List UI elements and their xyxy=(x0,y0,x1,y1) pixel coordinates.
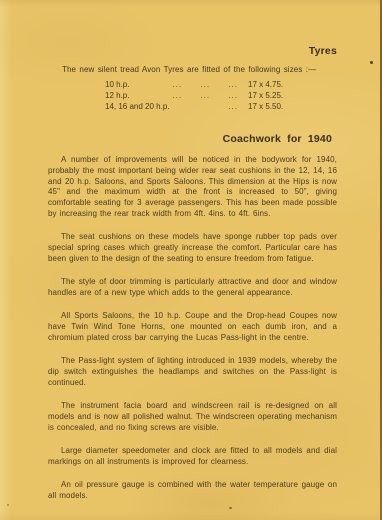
tyres-intro-line: The new silent tread Avon Tyres are fitt… xyxy=(62,65,337,74)
page-content: Tyres The new silent tread Avon Tyres ar… xyxy=(48,0,337,514)
table-row: 12 h.p. ... ... ... 17 x 5.25. xyxy=(105,90,310,101)
paper-speck xyxy=(229,507,232,509)
paper-speck xyxy=(370,61,373,64)
tyre-model-cell: 12 h.p. xyxy=(105,90,129,101)
coachwork-heading: Coachwork for 1940 xyxy=(48,133,332,145)
coachwork-body: A number of improvements will be noticed… xyxy=(48,155,337,502)
brochure-page: Tyres The new silent tread Avon Tyres ar… xyxy=(0,0,382,520)
paragraph: A number of improvements will be noticed… xyxy=(48,155,337,220)
tyre-size-cell: 17 x 5.50. xyxy=(248,101,310,112)
paragraph: All Sports Saloons, the 10 h.p. Coupe an… xyxy=(48,311,337,343)
paragraph: Large diameter speedometer and clock are… xyxy=(48,446,337,468)
paragraph: The Pass-light system of lighting introd… xyxy=(48,356,337,388)
paragraph: An oil pressure gauge is combined with t… xyxy=(48,480,337,502)
tyre-model-cell: 10 h.p. xyxy=(105,79,129,90)
table-row: 14, 16 and 20 h.p. ... 17 x 5.50. xyxy=(105,101,310,112)
paragraph: The style of door trimming is particular… xyxy=(48,277,337,299)
tyre-size-cell: 17 x 4.75. xyxy=(248,79,310,90)
tyre-model-cell: 14, 16 and 20 h.p. xyxy=(105,101,170,112)
dot-leader: ... ... ... xyxy=(129,79,248,90)
paragraph: The seat cushions on these models have s… xyxy=(48,232,337,264)
paper-speck xyxy=(7,504,9,506)
dot-leader: ... ... ... xyxy=(129,90,248,101)
tyre-size-cell: 17 x 5.25. xyxy=(248,90,310,101)
tyres-heading: Tyres xyxy=(48,45,337,57)
tyre-size-table: 10 h.p. ... ... ... 17 x 4.75. 12 h.p. .… xyxy=(105,79,310,112)
dot-leader: ... xyxy=(170,101,249,112)
table-row: 10 h.p. ... ... ... 17 x 4.75. xyxy=(105,79,310,90)
paragraph: The instrument facia board and windscree… xyxy=(48,401,337,433)
